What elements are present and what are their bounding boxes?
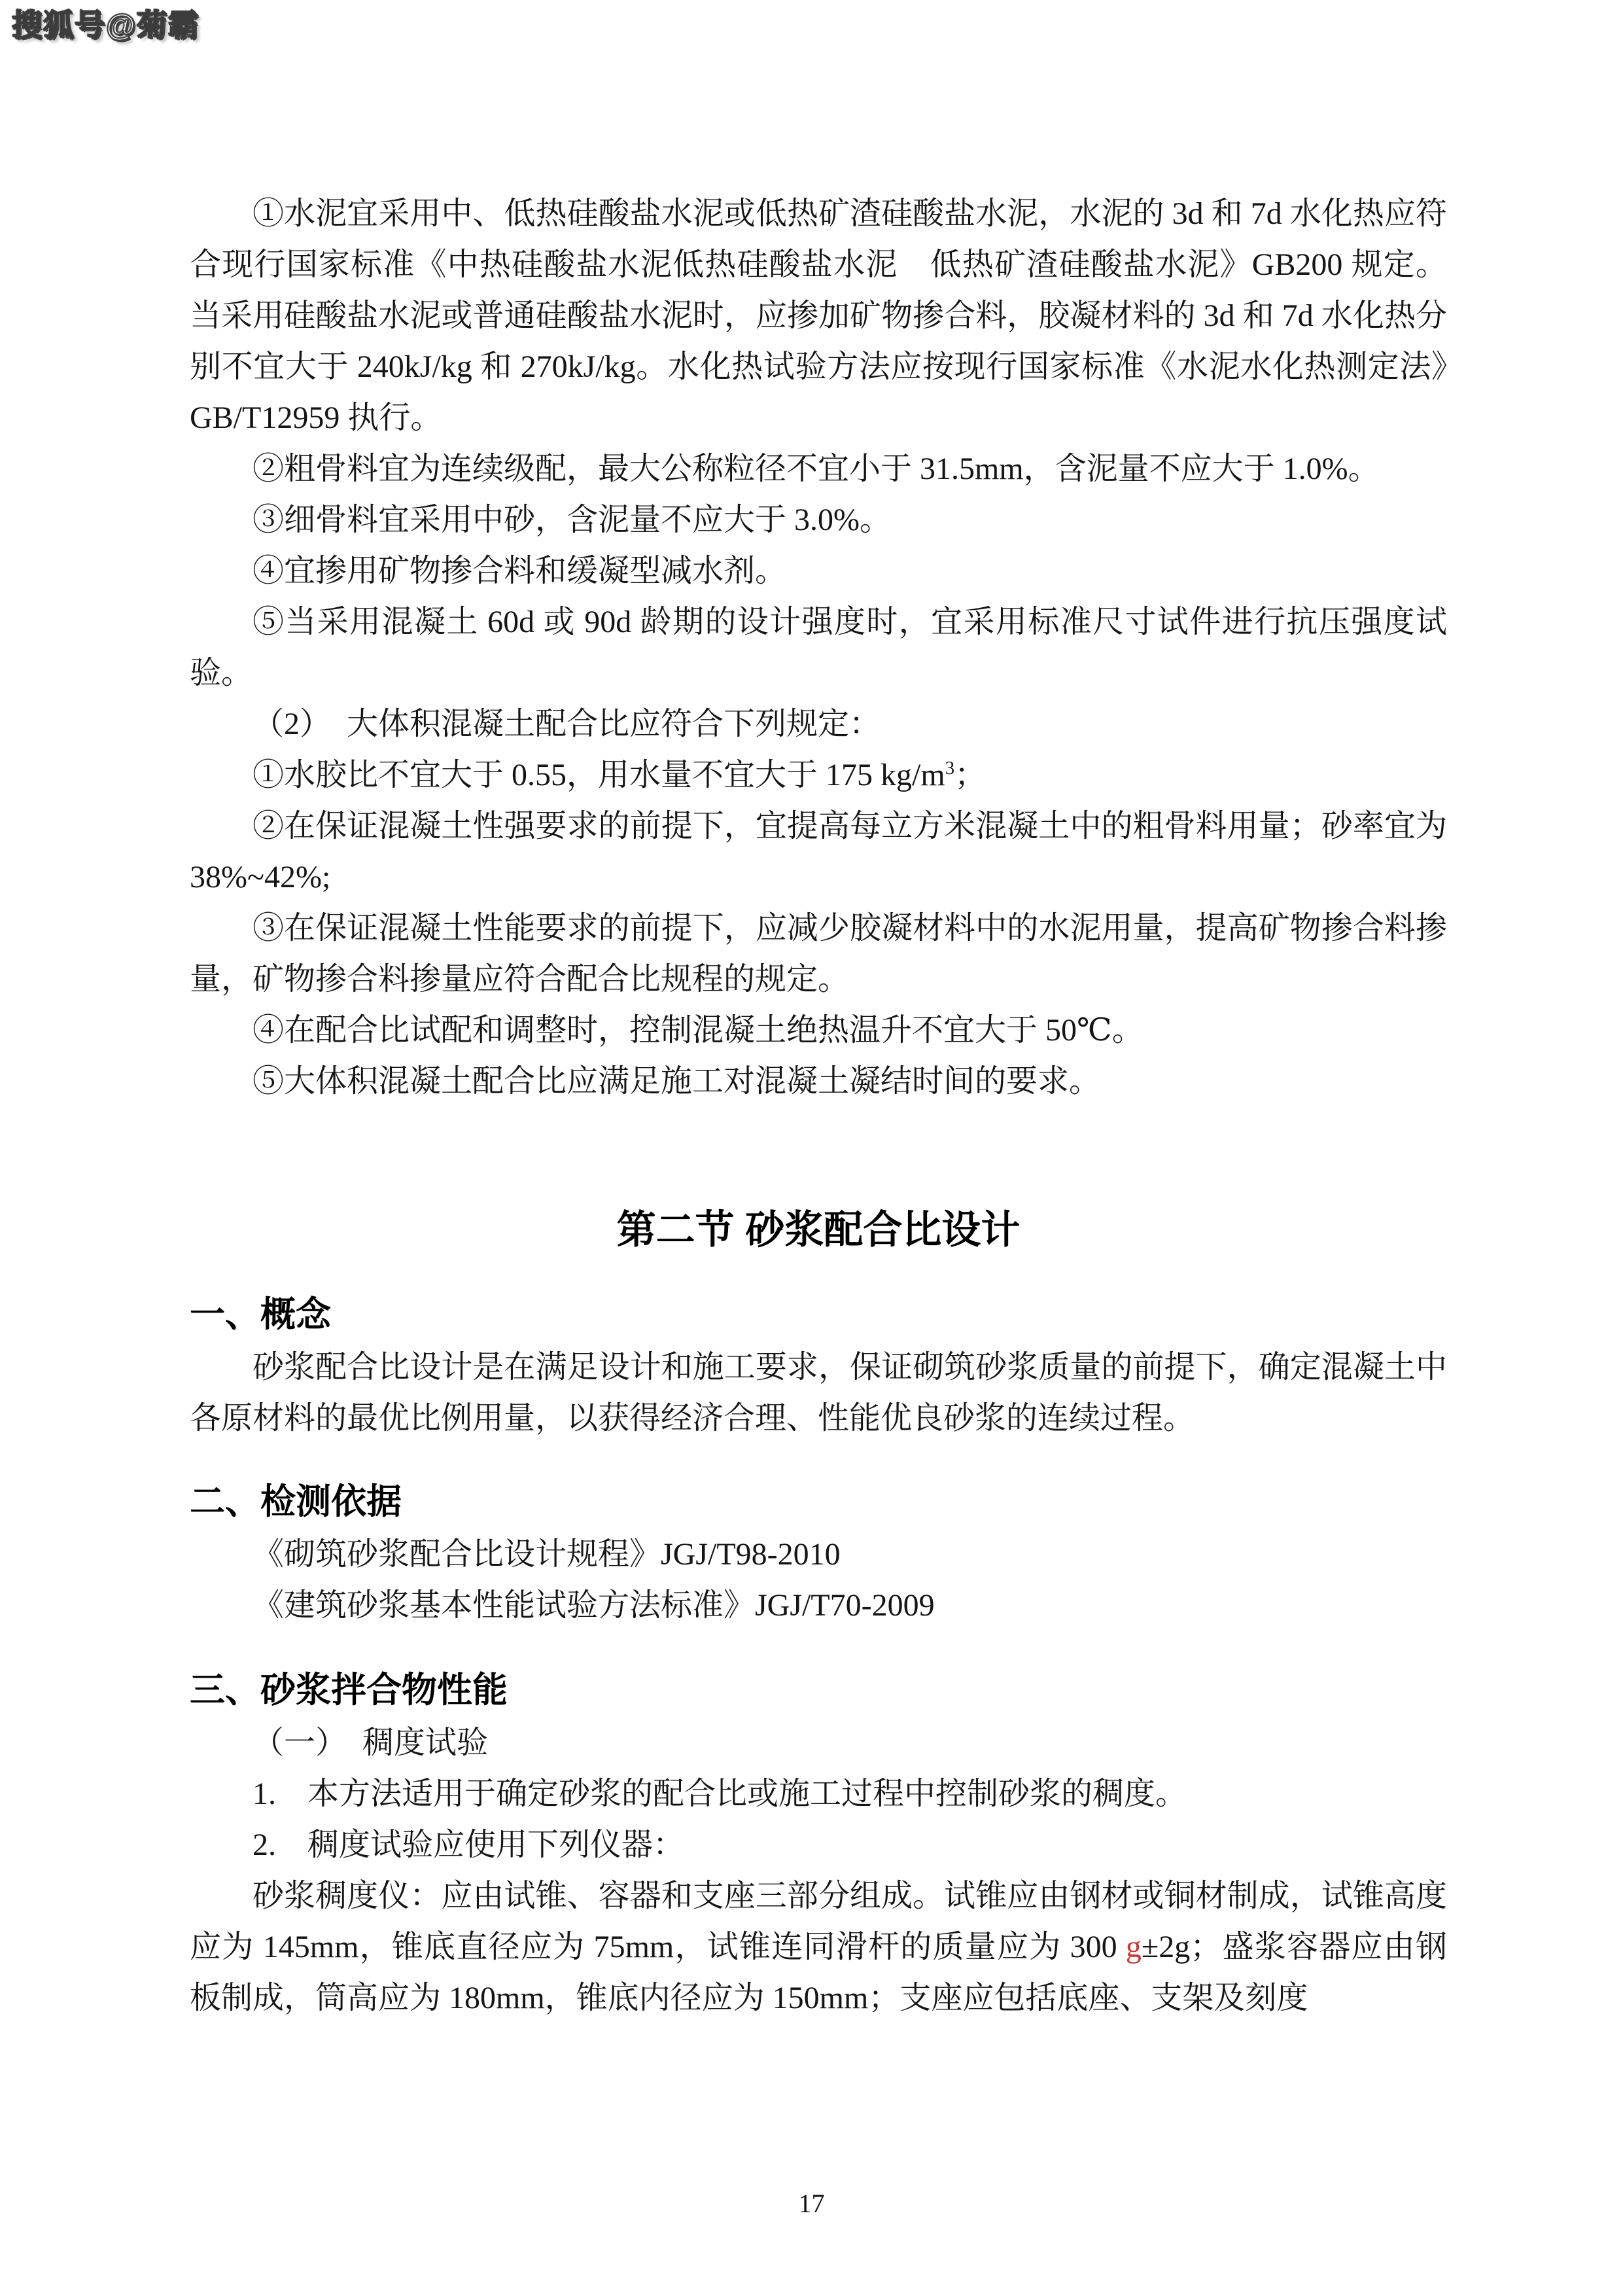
para-fine-aggregate: ③细骨料宜采用中砂，含泥量不应大于 3.0%。 bbox=[190, 495, 1447, 546]
para-method-scope: 1. 本方法适用于确定砂浆的配合比或施工过程中控制砂浆的稠度。 bbox=[190, 1769, 1447, 1820]
para-concept: 砂浆配合比设计是在满足设计和施工要求，保证砌筑砂浆质量的前提下，确定混凝土中各原… bbox=[190, 1342, 1447, 1444]
para-consistency-test-subheading: （一） 稠度试验 bbox=[190, 1718, 1447, 1769]
para-cement-requirements: ①水泥宜采用中、低热硅酸盐水泥或低热矿渣硅酸盐水泥，水泥的 3d 和 7d 水化… bbox=[190, 188, 1447, 444]
section-title: 第二节 砂浆配合比设计 bbox=[190, 1199, 1447, 1261]
para-admixtures: ④宜掺用矿物掺合料和缓凝型减水剂。 bbox=[190, 546, 1447, 597]
para-reduce-cement: ③在保证混凝土性能要求的前提下，应减少胶凝材料中的水泥用量，提高矿物掺合料掺量，… bbox=[190, 903, 1447, 1005]
para-trial-mix-temperature: ④在配合比试配和调整时，控制混凝土绝热温升不宜大于 50℃。 bbox=[190, 1005, 1447, 1056]
watermark-souhu: 搜狐号@菊霸 bbox=[12, 5, 200, 44]
heading-test-basis: 二、检测依据 bbox=[190, 1474, 1447, 1529]
document-body: ①水泥宜采用中、低热硅酸盐水泥或低热矿渣硅酸盐水泥，水泥的 3d 和 7d 水化… bbox=[190, 188, 1447, 2024]
document-page: 搜狐号@菊霸 ①水泥宜采用中、低热硅酸盐水泥或低热矿渣硅酸盐水泥，水泥的 3d … bbox=[0, 0, 1623, 2296]
para-instruments-intro: 2. 稠度试验应使用下列仪器： bbox=[190, 1820, 1447, 1871]
para-design-age: ⑤当采用混凝土 60d 或 90d 龄期的设计强度时，宜采用标准尺寸试件进行抗压… bbox=[190, 597, 1447, 699]
para-water-binder-ratio: ①水胶比不宜大于 0.55，用水量不宜大于 175 kg/m3； bbox=[190, 750, 1447, 801]
para-reference-jgj-t70: 《建筑砂浆基本性能试验方法标准》JGJ/T70-2009 bbox=[190, 1580, 1447, 1631]
para-mass-concrete-rules-intro: （2） 大体积混凝土配合比应符合下列规定： bbox=[190, 699, 1447, 750]
para-consistency-apparatus: 砂浆稠度仪：应由试锥、容器和支座三部分组成。试锥应由钢材或铜材制成，试锥高度应为… bbox=[190, 1871, 1447, 2024]
para-setting-time: ⑤大体积混凝土配合比应满足施工对混凝土凝结时间的要求。 bbox=[190, 1056, 1447, 1107]
para-reference-jgj-t98: 《砌筑砂浆配合比设计规程》JGJ/T98-2010 bbox=[190, 1529, 1447, 1580]
page-number: 17 bbox=[0, 2188, 1623, 2219]
para-increase-coarse-aggregate: ②在保证混凝土性强要求的前提下，宜提高每立方米混凝土中的粗骨料用量；砂率宜为 3… bbox=[190, 801, 1447, 903]
heading-mortar-mixture-performance: 三、砂浆拌合物性能 bbox=[190, 1663, 1447, 1718]
para-coarse-aggregate: ②粗骨料宜为连续级配，最大公称粒径不宜小于 31.5mm，含泥量不应大于 1.0… bbox=[190, 444, 1447, 495]
heading-concept: 一、概念 bbox=[190, 1287, 1447, 1342]
